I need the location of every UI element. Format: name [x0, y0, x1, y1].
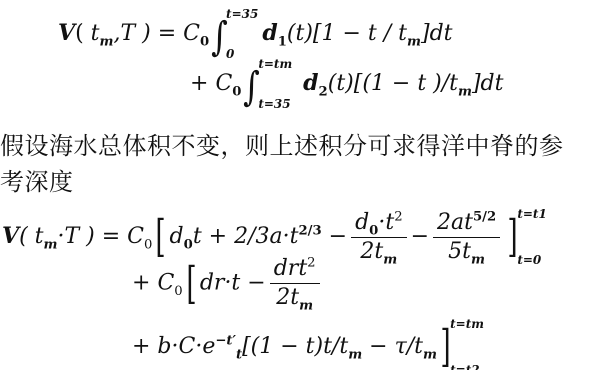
- volume-symbol: V: [2, 223, 19, 249]
- fraction: drt22tm: [270, 258, 320, 309]
- equation-2-line-2: + C0[dr·t −drt22tm: [132, 258, 324, 309]
- evaluation-limits: t=tmt=t2: [450, 318, 484, 370]
- integral-limits: t=tmt=35: [258, 58, 292, 110]
- equals-sign: =: [158, 21, 176, 46]
- paragraph-line-1: 假设海水总体积不变，则上述积分可求得洋中脊的参: [0, 126, 564, 161]
- right-bracket-icon: ]: [440, 325, 450, 369]
- equation-1-line-2: + C0∫t=tmt=35 d2(t)[(1 − t )/tm]dt: [190, 58, 503, 110]
- right-bracket-icon: ]: [508, 215, 518, 259]
- integral-limits: t=350: [226, 8, 258, 60]
- evaluation-limits: t=t1t=0: [517, 208, 547, 266]
- left-bracket-icon: [: [186, 262, 196, 306]
- paragraph-line-2: 考深度: [0, 162, 74, 197]
- volume-symbol: V: [58, 20, 75, 46]
- fraction: d0·t22tm: [351, 212, 407, 263]
- integral-sign-icon: ∫: [244, 67, 261, 107]
- integral-sign-icon: ∫: [211, 17, 228, 57]
- equation-2-line-3: + b·C·e−t′t[(1 − t)t/tm − τ/tm]t=tmt=t2: [132, 318, 484, 370]
- left-bracket-icon: [: [156, 215, 166, 259]
- equation-1-line-1: V( tm,T ) = C0∫t=350d1(t)[1 − t / tm]dt: [58, 8, 453, 60]
- fraction: 2at5/25tm: [433, 212, 500, 263]
